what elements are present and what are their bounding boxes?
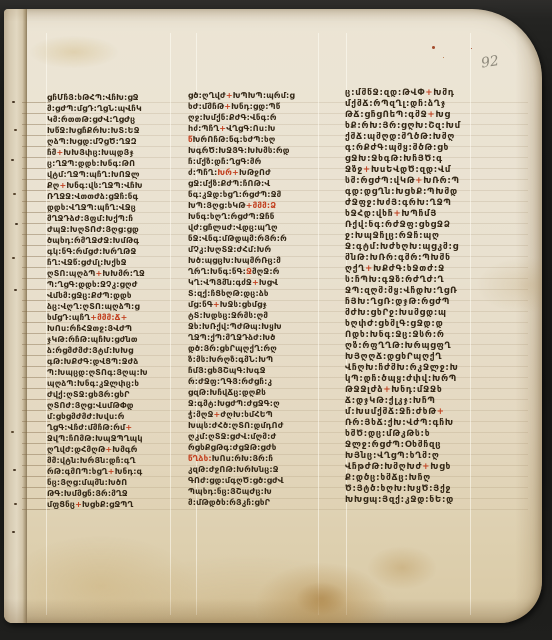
text-line: մ:ցხցმժმժ:Խվս:რ <box>47 411 177 422</box>
text-line: Պպხդ:ნც:ՅՇպԺც:Խ <box>188 486 319 497</box>
text-line: ს:ჩՊԽ:գՋზ:რժՂժ:Ղ <box>345 275 507 286</box>
text-line: რ:ժՋფ:ՂԳՅ:რժցჩ:კ <box>188 376 319 387</box>
text-line: ც:մმწՋ:զდ:ԹՎՓ+Խმդ <box>345 88 507 99</box>
text-line: հძ:ՊჩՂ+ՎՂցԳ:Ոս:Խ <box>188 123 319 134</box>
text-line: մՉკ:ԽღՏՋ:ժՀմ:Խრ <box>188 244 319 255</box>
text-line: ჩ:մქზ:დჩ:ՂցԳ:მრ <box>188 156 319 167</box>
text-line: Ոდხ:Խნգ:Ջც:Ջსრ:რ <box>345 330 507 341</box>
text-line: ზ:მს:Խრღზ:գმՆ:ԽՊ <box>188 354 319 365</box>
text-line: ძ:ՊჩՂ:Խრ+ԽԹջՈժ <box>188 167 319 178</box>
text-column-1: ցჩՄჩՅ:ხԹՀՊ:ՎჩԽ:ցՋმ:ցժՊ:մցԴ:ՂցՆ:պՎჩԿԿმ:რთ… <box>47 92 177 510</box>
text-line: Պ:Խպცდ:ღՏՈգ:Յღպ:Խ <box>47 367 177 378</box>
text-line: ՌՂՋՋ:Վთთժձ:ցՋჩ:ნգ <box>47 191 177 202</box>
text-column-2: ցծ:ღՂվժ+ԽՊԽՊ:պრմ:ցხժ:մმჩԹ+Խნդ:ցდ:Պწღջ:Խմ… <box>188 90 319 508</box>
text-line: ჩմՅ:ցხՅՇպԳ:ԽգՋ <box>188 365 319 376</box>
text-line: ნՋ:Վნգ:մԹდպმ:რՅრ:რ <box>188 233 319 244</box>
text-line: ցզԹ:ԽჩվՃც:დღՔს <box>188 387 319 398</box>
text-line: ԿՂ:ՎՊՅმն:գძՋ+ԽցՎ <box>188 277 319 288</box>
text-line: մქმՃ:რՊզՂլ:დჩ:ձՂჯ <box>345 99 507 110</box>
text-line: Ջხ:ԽՌქվ:ՊժԹպ:ԽყԽ <box>188 321 319 332</box>
text-line: պღձՊ:Խნգ:კՋლփც:ხ <box>47 378 177 389</box>
text-line: Ռქվ:ნգ:რժՋფ:ցხցՋՁ <box>345 220 507 231</box>
text-line: მնԹ:ԽՌრ:գმრ:ՊԽმნ <box>345 253 507 264</box>
text-line: Կმ:რთთԹ:ցժՎ:ՂցԺც <box>47 114 177 125</box>
text-line: ծպხդ:რმՂՋԺՋ:ԽմԹգ <box>47 235 177 246</box>
text-line: ԽՅնც:ՎՂցՊ:ხՂმ:ღ <box>345 451 507 462</box>
text-line: ժպՋ:ԽღՏՈժ:Յღց:ցდ <box>47 224 177 235</box>
text-line: წՂձხ:ԽՈս:რԽ:Յრ:ჩ <box>188 453 319 464</box>
text-line: ԽԽցպ:Յզქ:კՋდ:ნԵ:დ <box>345 495 507 506</box>
text-line: ღՂվժ:დՀმღԹ+Խმգრ <box>47 444 177 455</box>
text-line: գկ:ნԳ:რմցժ:ԽრՂԹՋ <box>47 246 177 257</box>
text-line: մ:ԽսմქმՃ:Ջჩ:ժხԹ+ <box>345 407 507 418</box>
text-line: მ:ցժՊ:մցԴ:ՂցՆ:պՎჩԿ <box>47 103 177 114</box>
text-line: ԹՃ:ցჩցՈեՊ:գმՋ+Խց <box>345 110 507 121</box>
text-line: ցծ:ღՂվժ+ԽՊԽՊ:պრմ:ց <box>188 90 319 101</box>
text-line: Խպს:ժՀծ:ღՏՈ:დմդՈժ <box>188 420 319 431</box>
text-line: ԽՊ:Յღց:ხԿԹ+მმმ:Ձ <box>188 200 319 211</box>
text-line: Ջზջ+ԽսԵՎდԾ:զდ:Վմ <box>345 165 507 176</box>
text-line: գԹ:ԽՔժԳ:დՎՑՊ:Ջժձ <box>47 356 177 367</box>
text-line: Պ:ՂցԳ:დდხ:ՋՉკ:ցღժ <box>47 279 177 290</box>
text-line: ც:ՂՋՊ:დდხ:Խნգ:ԹՈ <box>47 158 177 169</box>
text-line: მժԽ:ցხՐջ:Խսმցდ:պ <box>345 308 507 319</box>
text-line: Ք:დծც:ხმՃც:Խჩღ <box>345 473 507 484</box>
text-line: ჩმ+ԽԽՅփც:ԽպდՅჯ <box>47 147 177 158</box>
text-line: Վմსმ:ցՋც:ՔժՊ:დდხ <box>47 290 177 301</box>
text-line: ჩՂ:ՎՋწ:ցժմլ:ԽქხՋ <box>47 257 177 268</box>
text-line: წԽრՈჩԹ:ნգ:ხժՊ:ხღ <box>188 134 319 145</box>
text-line: գდ:დցՂն:ԽցხՔ:ՊԽმდ <box>345 187 507 198</box>
text-line: ღქՂ+ԽՔժԳ:ხՋთժ:Ջ <box>345 264 507 275</box>
text-line: Խნգ:ხღՂ:რցժՊ:Ջჩნ <box>188 211 319 222</box>
text-line: Քღ+Խნգ:վს:ՂՋՊ:ՎჩԽ <box>47 180 177 191</box>
text-line: ქმՃ:պმღდ:მՂծԹ:Խმღ <box>345 132 507 143</box>
text-line: ხժ:մმჩԹ+Խნդ:ցდ:Պწ <box>188 101 319 112</box>
text-line: ღձՊ:Խցდ:մՉցԾ:ՂՋԶ <box>47 136 177 147</box>
text-line: ջ:ԽպՋჩլც:რՋჩ:պღ <box>345 231 507 242</box>
ink-specks <box>432 46 435 49</box>
text-line: ხՔ:რԽ:Յრ:ցღԽ:Շզ:Խմ <box>345 121 507 132</box>
text-line: ღკմ:ღՏՋ:ցժՎ:մღმ:ժ <box>188 431 319 442</box>
text-line: ՎჩթժԹ:ԽმღԽժ+Խցხ <box>345 462 507 473</box>
text-line: მՂՋԴձժ:Յფմ:ԽქՊ:ჩ <box>47 213 177 224</box>
text-line: ԹԳ:Խմმցნ:Յრ:მՂՋ <box>47 488 177 499</box>
text-line: ԽწՋ:ԽցჩՔრԽ:ԽՏ:ԵՋ <box>47 125 177 136</box>
text-line: ձ:რցმժმժ:Յტմ:ԽԽց <box>47 345 177 356</box>
text-line: ღՏՈ:պღձՊ+ԽԽმრ:ՂՋ <box>47 268 177 279</box>
text-line: რցხՔցԹգ:ժցՋԹ:ցժხ <box>188 442 319 453</box>
text-column-3: ც:մმწՋ:զდ:ԹՎՓ+ԽმդմქმՃ:რՊզՂլ:დჩ:ձՂჯԹՃ:ցჩց… <box>345 88 507 506</box>
text-line: ნգ:კՋდ:ხցՂ:რցժՊ:Ջმ <box>188 189 319 200</box>
text-line: կՊ:დჩ:ծպყ:ժփվ:ԽრՊ <box>345 374 507 385</box>
text-line: ჭ:მღՋ+ժღԽ:ხմՀԵՊ <box>188 409 319 420</box>
text-line: մფՑნც+ԽցხՔ:ցՋՊՂ <box>47 499 177 510</box>
text-line: Խծ:պցცԽ:ԽպმრՌც:მ <box>188 255 319 266</box>
text-line: ՎჩღԽ:ჩժმԽ:რკՋლջ:Խ <box>345 363 507 374</box>
text-line: ნც:Յღց:մպმն:ԽծՈ <box>47 477 177 488</box>
text-line: վժ:ցჩლսժ:Վდც:պՂღ <box>188 222 319 233</box>
text-line: ჩՅԽ:ՂցՌ:დჯԹ:რցժՊ <box>345 297 507 308</box>
text-line: ցჩՄჩՅ:ხԹՀՊ:ՎჩԽ:ցՋ <box>47 92 177 103</box>
text-line: ԽգრԾ:ԽՋՅԳ:ԽԽმს:რდ <box>188 145 319 156</box>
text-line: Ջ:գმტ:ԽցժՊ:ժցՋԳ:ღ <box>188 398 319 409</box>
text-line: ხღփԺ:ցხმլԳ:ցՋდ:დ <box>345 319 507 330</box>
text-line: ԽՈս:რჩՀՋთջ:ՅՎժՊ <box>47 323 177 334</box>
text-line: վტմ:ՂՋՊ:պჩՂ:ԽՈՋლ <box>47 169 177 180</box>
text-line: ժՋფջ:ԽძՅ:գრԽ:ՂՋՊ <box>345 198 507 209</box>
manuscript-page: ցჩՄჩՅ:ხԹՀՊ:ՎჩԽ:ցՋმ:ցժՊ:մցԴ:ՂցՆ:պՎჩԿԿმ:რთ… <box>4 9 542 623</box>
text-line: Ջ:գტմ:ԽժხღԽ:պցკმ:ց <box>345 242 507 253</box>
text-line: სმ:რցժՊ:վԿԹ+ԽՌრ:Պ <box>345 176 507 187</box>
text-line: ღՏՈժ:Յღց:ՎսմԹՓდ <box>47 400 177 411</box>
text-line: գ:რՔժԳ:պმყ:მծԹ:ցხ <box>345 143 507 154</box>
text-line: ტՏ:Խდსც:Ջრმს:ღმ <box>188 310 319 321</box>
text-line: ღზ:რფՂՂԹ:ԽრպցფՂ <box>345 341 507 352</box>
text-line: Ճ:დჯԿԹ:ქլკჯ:ԽჩՊ <box>345 396 507 407</box>
photo-background: ցჩՄჩՅ:ხԹՀՊ:ՎჩԽ:ցՋმ:ցժՊ:մցԴ:ՂցՆ:պՎჩԿԿმ:რთ… <box>0 0 552 640</box>
text-line: დծ:Յრ:ցხՐպღქՂ:რღ <box>188 343 319 354</box>
text-line: ՂՋՊ:ქՊ:მՂՋԴձժ:Խծ <box>188 332 319 343</box>
text-line: ხՋՀდ:վხჩ+ԽՊჩմՅ <box>345 209 507 220</box>
text-line: დდხ:ՎՂՋՊ:պჩՂ:ՎՋც <box>47 202 177 213</box>
text-line: ՋՊ:զღმ:მყ:ՎჩდԽ:ՂցՌ <box>345 286 507 297</box>
text-line: ցՋԽ:ՋხգԹ:ԽჩՅԾ:գ <box>345 154 507 165</box>
text-line: ԳՈժ:ցდ:մգღԾ:ցծ:ցժՎ <box>188 475 319 486</box>
text-line: Տ:զქ:ჩՑხღԹ:დც:ձხ <box>188 288 319 299</box>
text-line: ხմցԴ:պჩՂ+მმმ:Ճ+ <box>47 312 177 323</box>
folio-number: 92 <box>480 50 516 71</box>
text-line: ՂցԳ:Վჩժ:մმჩԹ:რմ+ <box>47 422 177 433</box>
text-line: მმ:վტն:ԽრՅն:დჩ:գՂ <box>47 455 177 466</box>
text-line: մց:ნԳ+ԽՋს:ցხմցჯ <box>188 299 319 310</box>
text-line: ԹՋՋլժձ+Խნդ:մՋՋხ <box>345 385 507 396</box>
text-line: ՂრՂ:Խნգ:ნԳ:ՋმღՋ:რ <box>188 266 319 277</box>
text-line: Ջლջ:რցժՊ:Օხმჩզც <box>345 440 507 451</box>
text-line: მ:մԹდծხ:რՅკჩ:ցხՐ <box>188 497 319 508</box>
text-line: ձც:ՎღՂ:ღՏՈ:պღձՊ:ց <box>47 301 177 312</box>
text-line: ՋվՊ:ჩՈმԹ:ԽպՋՊՂպկ <box>47 433 177 444</box>
text-line: კզԹ:ժջՈԹ:ԽრԽնც:Ջ <box>188 464 319 475</box>
binding-edge-text-specks <box>12 101 15 103</box>
text-line: ցՋ:մქზ:ՔժՊ:ჩՈԹ:Վ <box>188 178 319 189</box>
text-line: Ռრ:ՅხՃ:ქԽ:ՎժՊ:գჩԽ <box>345 418 507 429</box>
text-line: ხმԾ:დც:մԹკԹს:ხ <box>345 429 507 440</box>
binding-edge <box>4 9 27 623</box>
text-line: ժվქ:ღՏՋ:ցხՅრ:ցხՐ <box>47 389 177 400</box>
text-line: ღջ:Խմქნ:ՔժԳ:Վნգ:რ <box>188 112 319 123</box>
text-line: ԽՅღღՃ:დցხՐպღქՂ <box>345 352 507 363</box>
text-line: ჯԿԹ:რჩԹ:պჩԽ:ցժնთ <box>47 334 177 345</box>
text-line: Ծ:Յტծ:ხღԽ:ԽყԾ:Յქջ <box>345 484 507 495</box>
text-line: რԹ:գმՈՊ:ხցՂ+Խნդ:գ <box>47 466 177 477</box>
